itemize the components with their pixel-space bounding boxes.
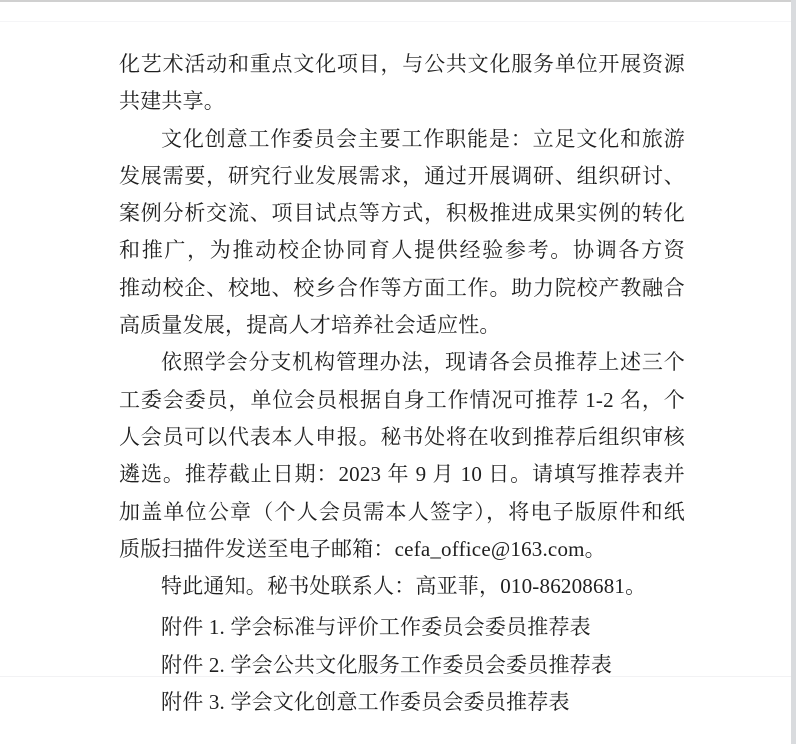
text-line: 人会员可以代表本人申报。秘书处将在收到推荐后组织审核	[119, 419, 685, 456]
text-line: 遴选。推荐截止日期：2023 年 9 月 10 日。请填写推荐表并	[119, 456, 685, 493]
attachment-line: 附件 1. 学会标准与评价工作委员会委员推荐表	[119, 609, 685, 646]
scan-artifact-line	[0, 21, 796, 22]
text-line: 加盖单位公章（个人会员需本人签字），将电子版原件和纸	[119, 494, 685, 531]
text-line: 案例分析交流、项目试点等方式，积极推进成果实例的转化	[119, 195, 685, 232]
text-line: 高质量发展，提高人才培养社会适应性。	[119, 307, 685, 344]
page-right-edge	[791, 0, 796, 744]
document-page: 化艺术活动和重点文化项目，与公共文化服务单位开展资源 共建共享。 文化创意工作委…	[0, 0, 796, 744]
text-line: 发展需要，研究行业发展需求，通过开展调研、组织研讨、	[119, 158, 685, 195]
text-line: 推动校企、校地、校乡合作等方面工作。助力院校产教融合	[119, 270, 685, 307]
text-line: 化艺术活动和重点文化项目，与公共文化服务单位开展资源	[119, 46, 685, 83]
text-line: 质版扫描件发送至电子邮箱：cefa_office@163.com。	[119, 531, 685, 568]
text-line: 依照学会分支机构管理办法，现请各会员推荐上述三个	[119, 344, 685, 381]
attachment-line: 附件 3. 学会文化创意工作委员会委员推荐表	[119, 684, 685, 721]
text-line: 和推广，为推动校企协同育人提供经验参考。协调各方资源，	[119, 232, 685, 269]
text-line: 文化创意工作委员会主要工作职能是：立足文化和旅游	[119, 121, 685, 158]
text-line: 共建共享。	[119, 83, 685, 120]
text-line: 工委会委员，单位会员根据自身工作情况可推荐 1-2 名，个	[119, 382, 685, 419]
page-top-edge	[0, 0, 796, 2]
text-line: 特此通知。秘书处联系人：高亚菲，010-86208681。	[119, 568, 685, 605]
document-body: 化艺术活动和重点文化项目，与公共文化服务单位开展资源 共建共享。 文化创意工作委…	[119, 46, 685, 721]
attachment-line: 附件 2. 学会公共文化服务工作委员会委员推荐表	[119, 647, 685, 684]
